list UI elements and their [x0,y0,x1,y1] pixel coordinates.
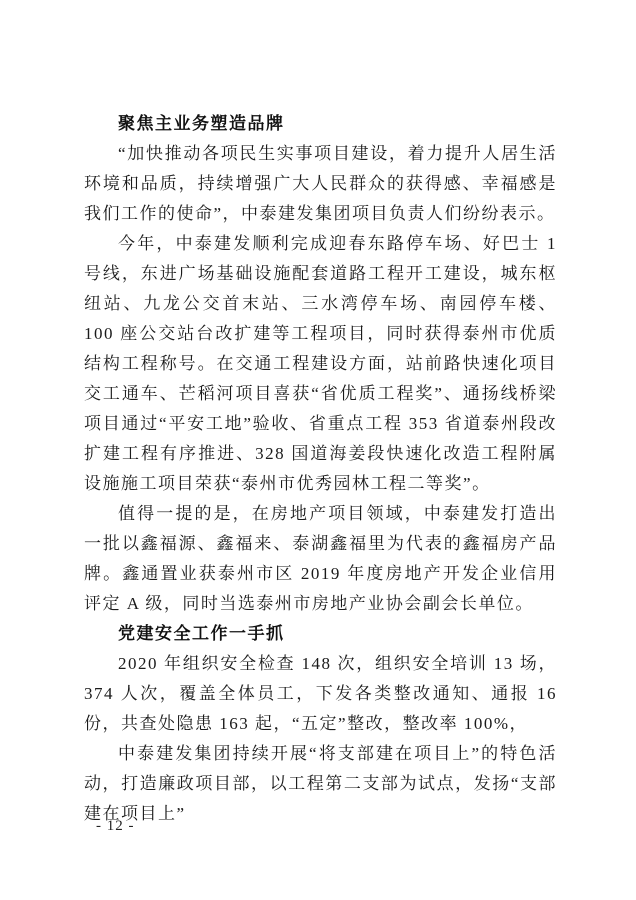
paragraph-projects-completed: 今年，中泰建发顺利完成迎春东路停车场、好巴士 1 号线，东进广场基础设施配套道路… [84,229,557,499]
document-page: 聚焦主业务塑造品牌 “加快推动各项民生实事项目建设，着力提升人居生活环境和品质，… [0,0,636,900]
paragraph-real-estate-brand: 值得一提的是，在房地产项目领域，中泰建发打造出一批以鑫福源、鑫福来、泰湖鑫福里为… [84,499,557,619]
paragraph-safety-stats: 2020 年组织安全检查 148 次，组织安全培训 13 场，374 人次，覆盖… [84,649,557,739]
page-number: - 12 - [96,817,135,835]
page-content: 聚焦主业务塑造品牌 “加快推动各项民生实事项目建设，着力提升人居生活环境和品质，… [84,109,557,829]
section-heading-party-safety: 党建安全工作一手抓 [84,619,557,649]
paragraph-mission-quote: “加快推动各项民生实事项目建设，着力提升人居生活环境和品质，持续增强广大人民群众… [84,139,557,229]
paragraph-party-branch-activity: 中泰建发集团持续开展“将支部建在项目上”的特色活动，打造廉政项目部，以工程第二支… [84,739,557,829]
section-heading-business-brand: 聚焦主业务塑造品牌 [84,109,557,139]
